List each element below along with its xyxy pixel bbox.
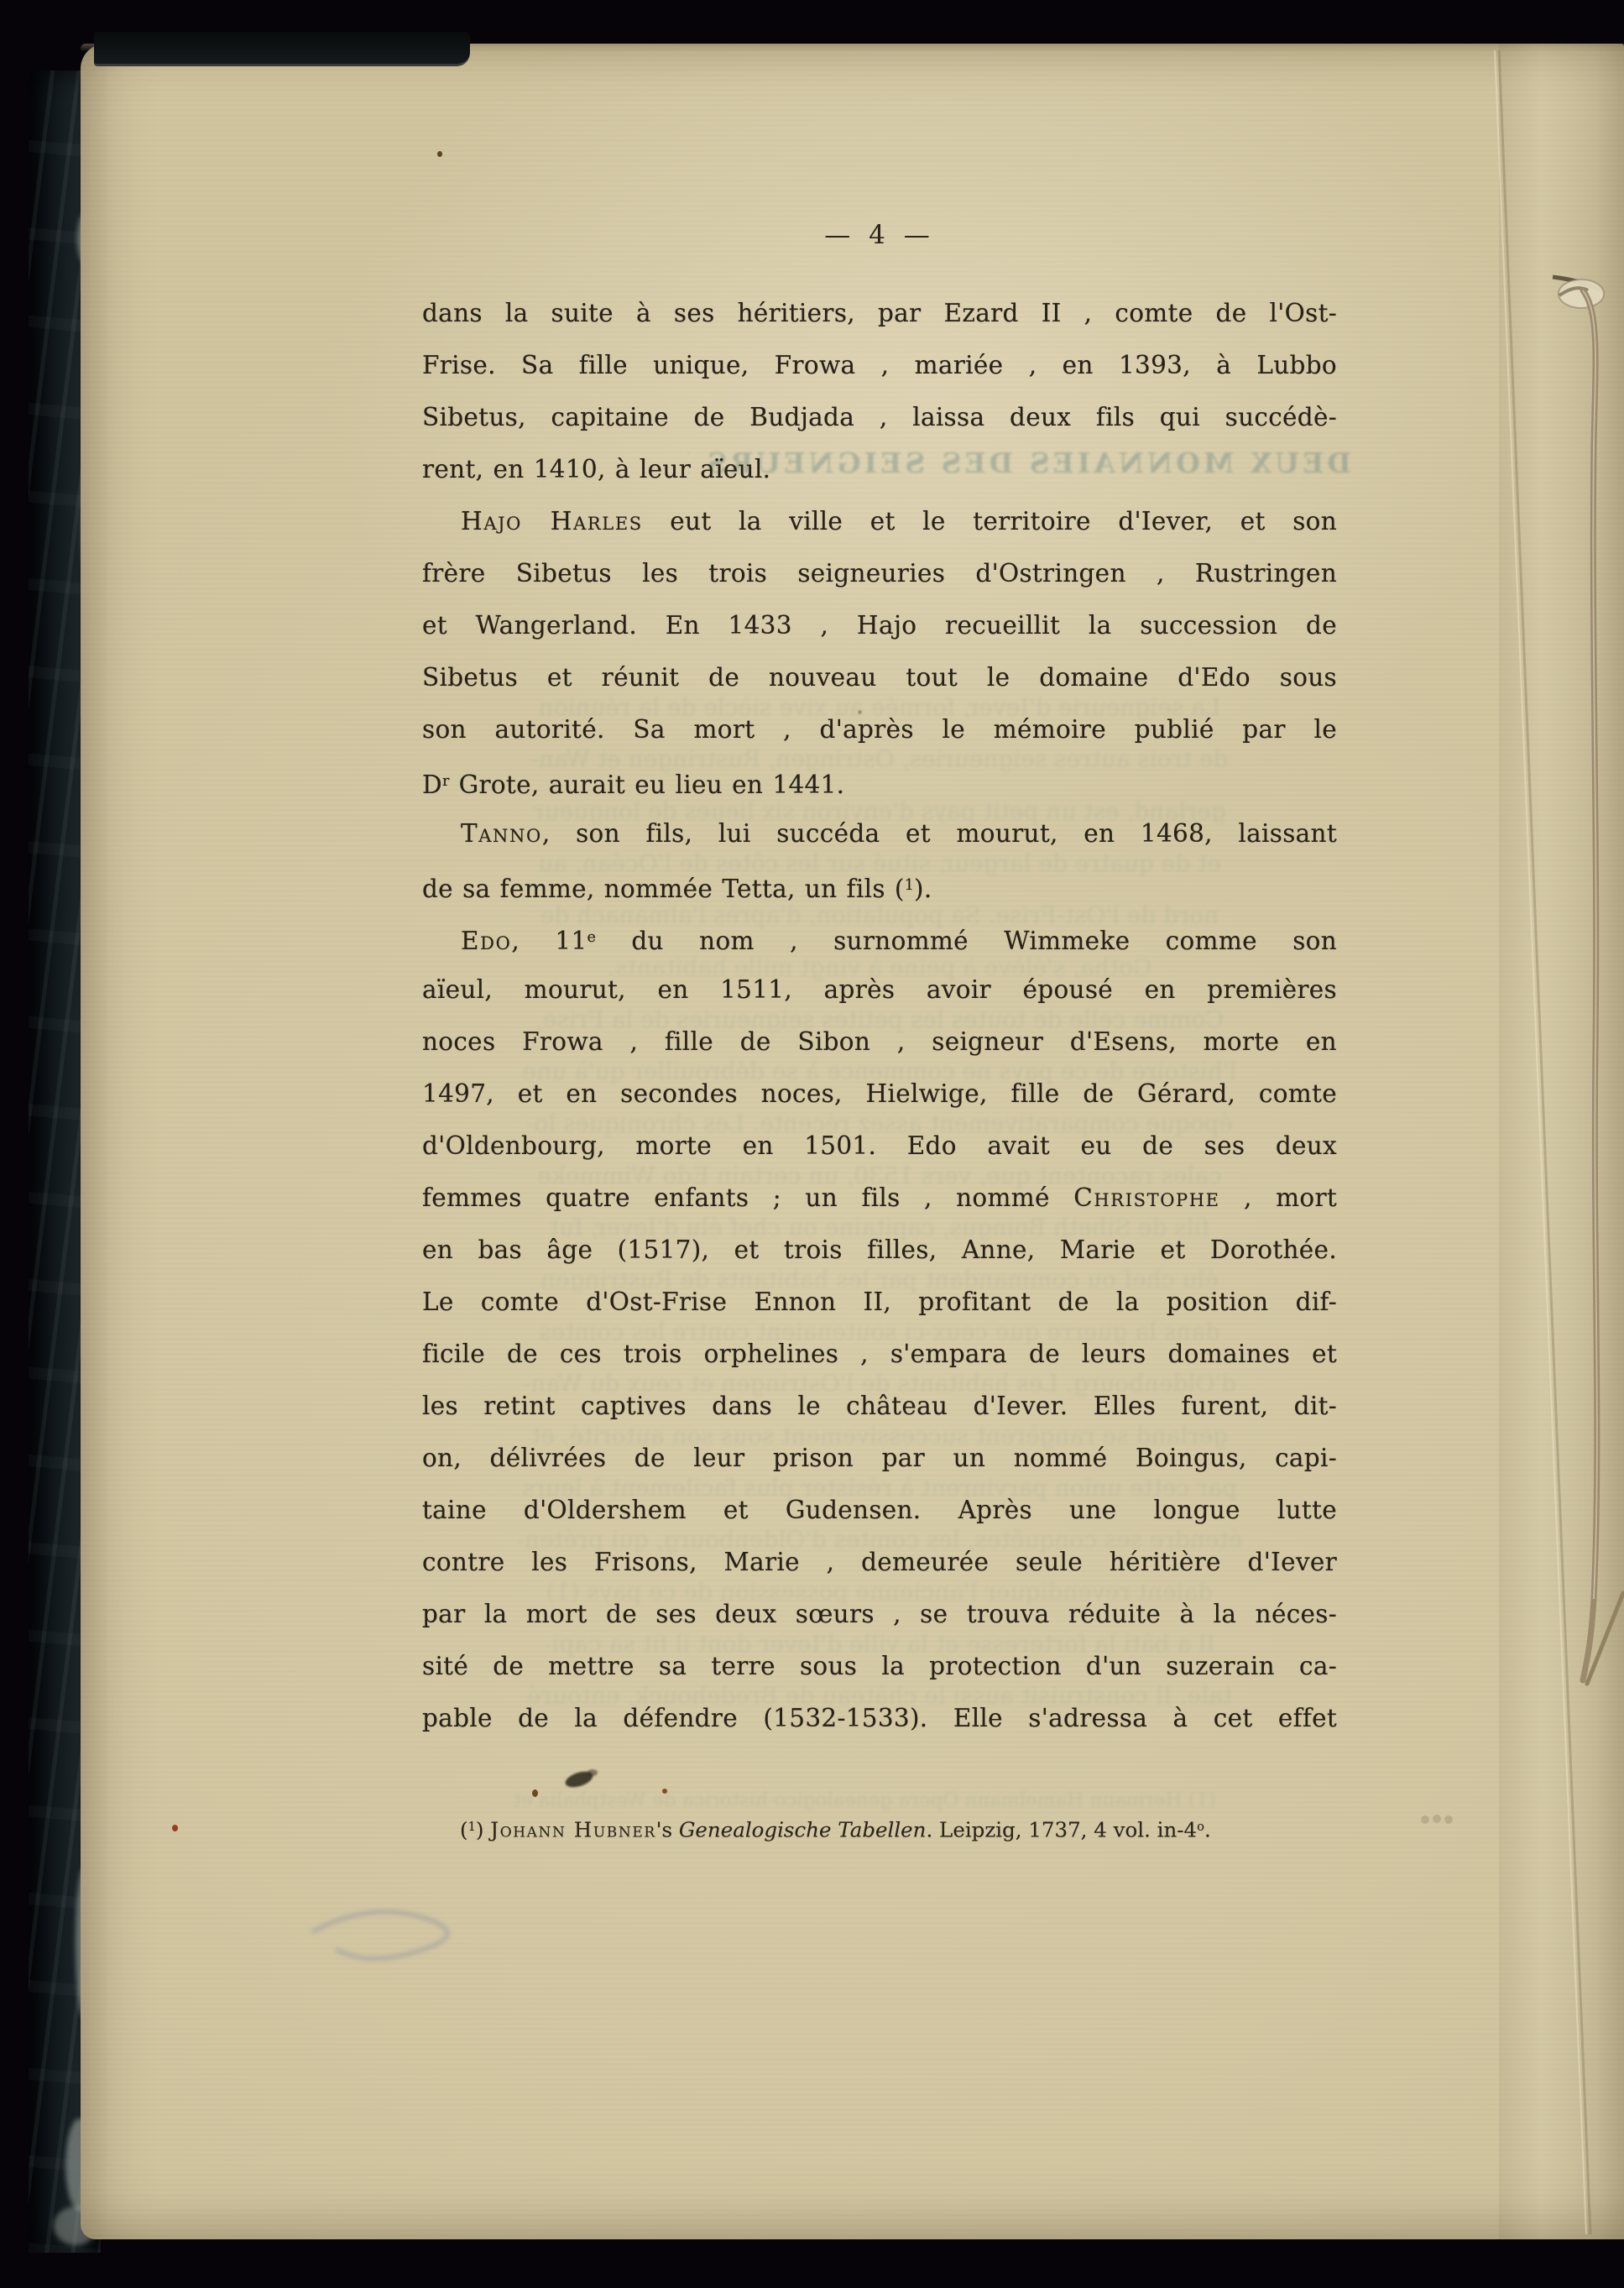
paper-speck (172, 1825, 178, 1831)
binding-thread (1553, 277, 1623, 1684)
paper-speck (532, 1789, 538, 1797)
paper-speck (662, 1789, 667, 1794)
blue-scribble (312, 1912, 447, 1959)
book-scan: — 4 — dans la suite à ses héritiers, par… (0, 0, 1624, 2288)
paper-speck (858, 710, 862, 714)
paper-speck (437, 151, 442, 157)
edge-dots (1421, 1815, 1453, 1824)
blemish-overlay (0, 0, 1624, 2288)
ink-smudge (563, 1768, 598, 1790)
page-crease (1495, 50, 1590, 2234)
thread-hole (1559, 279, 1604, 308)
